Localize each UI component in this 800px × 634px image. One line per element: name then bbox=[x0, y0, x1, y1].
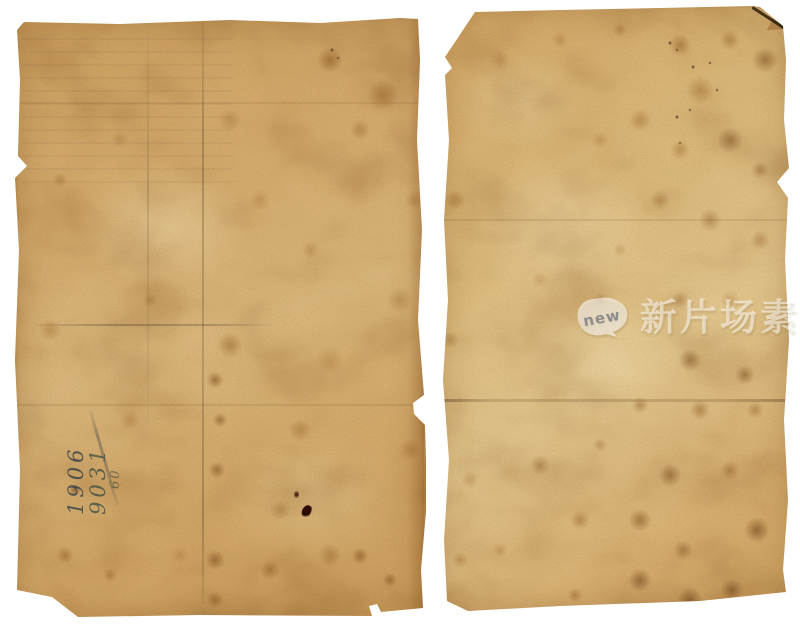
horizontal-fold-crease-faint bbox=[437, 219, 792, 221]
watermark: new 新片场素材 bbox=[573, 294, 800, 340]
handwritten-number: 1906 bbox=[65, 411, 87, 515]
right-edge-stain-band bbox=[408, 16, 424, 622]
faint-writing-smudges bbox=[22, 38, 232, 188]
photo-canvas: 1906 9031 60 new 新片场素材 bbox=[0, 0, 800, 634]
watermark-logo-icon: new bbox=[573, 296, 631, 339]
horizontal-pencil-crease bbox=[34, 324, 274, 326]
horizontal-fold-crease bbox=[14, 102, 426, 104]
left-paper-sheet: 1906 9031 60 bbox=[14, 16, 426, 622]
horizontal-fold-crease bbox=[437, 399, 792, 402]
vertical-fold-crease-faint bbox=[147, 26, 149, 426]
horizontal-fold-crease bbox=[14, 404, 426, 406]
ink-dot bbox=[294, 491, 299, 498]
watermark-text: 新片场素材 bbox=[640, 299, 800, 336]
vertical-fold-crease bbox=[202, 16, 204, 604]
